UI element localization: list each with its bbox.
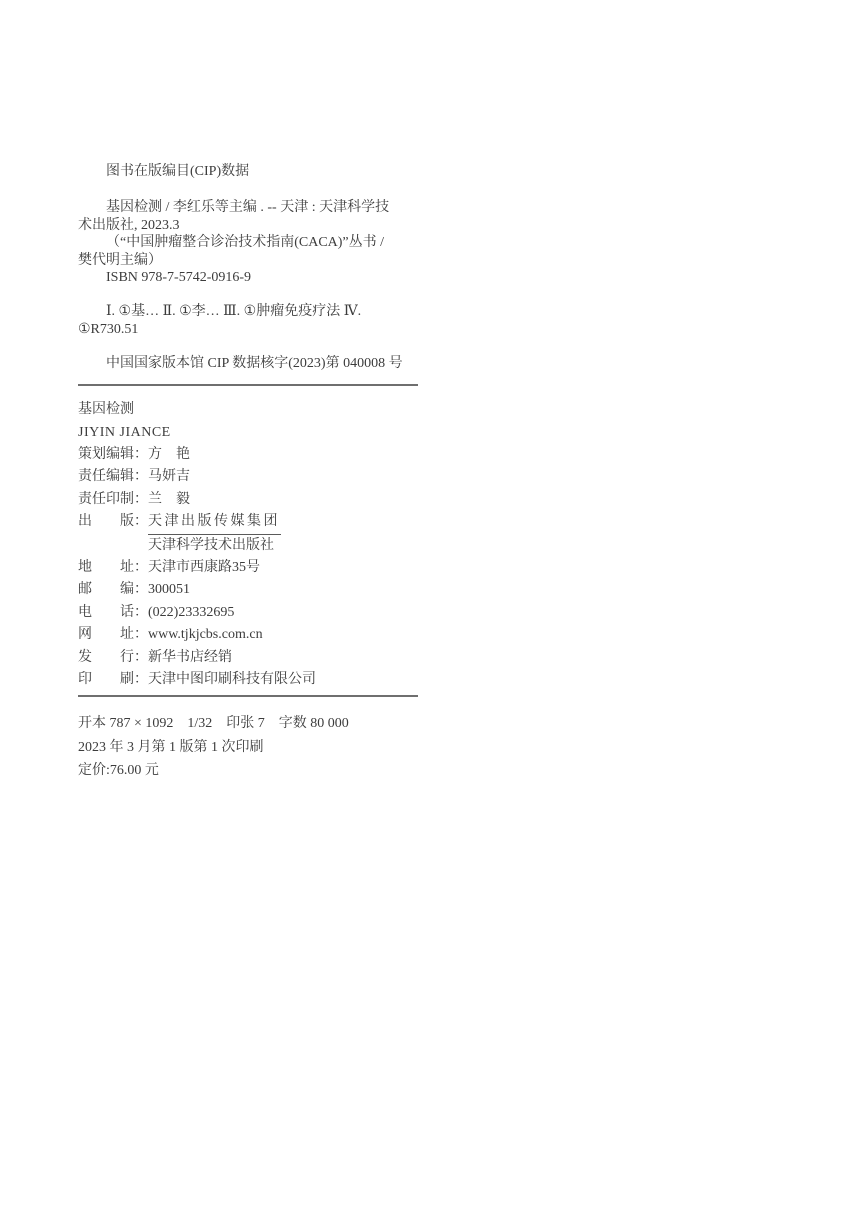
publisher-values: 天津出版传媒集团天津科学技术出版社 xyxy=(148,511,281,557)
info-row-printer: 印 刷：天津中图印刷科技有限公司 xyxy=(78,669,418,691)
info-row-distribution: 发 行：新华书店经销 xyxy=(78,647,418,669)
info-row-postcode: 邮 编：300051 xyxy=(78,579,418,601)
book-title-pinyin: JIYIN JIANCE xyxy=(78,422,418,444)
divider-rule-top xyxy=(78,384,418,386)
edition-line: 2023 年 3 月第 1 版第 1 次印刷 xyxy=(78,736,418,760)
info-label: 网 址： xyxy=(78,627,148,642)
info-value: 天津中图印刷科技有限公司 xyxy=(148,672,316,687)
format-line: 开本 787 × 1092 1/32 印张 7 字数 80 000 xyxy=(78,712,418,736)
divider-rule-bottom xyxy=(78,695,418,697)
cip-record-number: 中国国家版本馆 CIP 数据核字(2023)第 040008 号 xyxy=(78,355,418,373)
classification-line: ①R730.51 xyxy=(78,321,418,339)
info-label: 地 址： xyxy=(78,560,148,575)
cip-record-block: 基因检测 / 李红乐等主编 . -- 天津 : 天津科学技 术出版社, 2023… xyxy=(78,199,418,287)
info-label: 印 刷： xyxy=(78,672,148,687)
staff-row: 责任印制：兰 毅 xyxy=(78,489,418,511)
info-row-address: 地 址：天津市西康路35号 xyxy=(78,557,418,579)
publisher-group-name: 天津出版传媒集团 xyxy=(148,511,281,534)
staff-label: 策划编辑： xyxy=(78,447,148,462)
info-row-phone: 电 话：(022)23332695 xyxy=(78,602,418,624)
info-value: 天津市西康路35号 xyxy=(148,560,260,575)
staff-value: 方 艳 xyxy=(148,447,190,462)
staff-label: 责任印制： xyxy=(78,492,148,507)
cip-series-line: （“中国肿瘤整合诊治技术指南(CACA)”丛书 / xyxy=(78,234,418,252)
info-value: 新华书店经销 xyxy=(148,650,232,665)
copyright-content: 图书在版编目(CIP)数据 基因检测 / 李红乐等主编 . -- 天津 : 天津… xyxy=(78,163,418,783)
staff-row: 策划编辑：方 艳 xyxy=(78,444,418,466)
publisher-press-name: 天津科学技术出版社 xyxy=(148,535,281,557)
isbn-line: ISBN 978-7-5742-0916-9 xyxy=(78,269,418,287)
cip-heading: 图书在版编目(CIP)数据 xyxy=(78,163,418,181)
info-row-website: 网 址：www.tjkjcbs.com.cn xyxy=(78,624,418,646)
colophon-block: 基因检测 JIYIN JIANCE 策划编辑：方 艳 责任编辑：马妍吉 责任印制… xyxy=(78,399,418,691)
info-value: www.tjkjcbs.com.cn xyxy=(148,627,263,642)
publisher-row: 出 版：天津出版传媒集团天津科学技术出版社 xyxy=(78,511,418,557)
cip-record-line: 基因检测 / 李红乐等主编 . -- 天津 : 天津科学技 xyxy=(78,199,418,217)
publisher-label: 出 版： xyxy=(78,514,148,529)
staff-row: 责任编辑：马妍吉 xyxy=(78,466,418,488)
staff-value: 兰 毅 xyxy=(148,492,190,507)
cip-classification-block: Ⅰ. ①基… Ⅱ. ①李… Ⅲ. ①肿瘤免疫疗法 Ⅳ. ①R730.51 xyxy=(78,303,418,338)
classification-line: Ⅰ. ①基… Ⅱ. ①李… Ⅲ. ①肿瘤免疫疗法 Ⅳ. xyxy=(78,303,418,321)
price-line: 定价:76.00 元 xyxy=(78,759,418,783)
info-label: 邮 编： xyxy=(78,582,148,597)
cip-series-line: 樊代明主编） xyxy=(78,252,418,270)
info-label: 发 行： xyxy=(78,650,148,665)
book-title-chinese: 基因检测 xyxy=(78,399,418,421)
cip-record-line: 术出版社, 2023.3 xyxy=(78,217,418,235)
book-copyright-page: 图书在版编目(CIP)数据 基因检测 / 李红乐等主编 . -- 天津 : 天津… xyxy=(0,0,867,1218)
info-value: 300051 xyxy=(148,582,190,597)
staff-value: 马妍吉 xyxy=(148,469,190,484)
printing-info-block: 开本 787 × 1092 1/32 印张 7 字数 80 000 2023 年… xyxy=(78,712,418,783)
info-label: 电 话： xyxy=(78,605,148,620)
staff-label: 责任编辑： xyxy=(78,469,148,484)
info-value: (022)23332695 xyxy=(148,605,234,620)
